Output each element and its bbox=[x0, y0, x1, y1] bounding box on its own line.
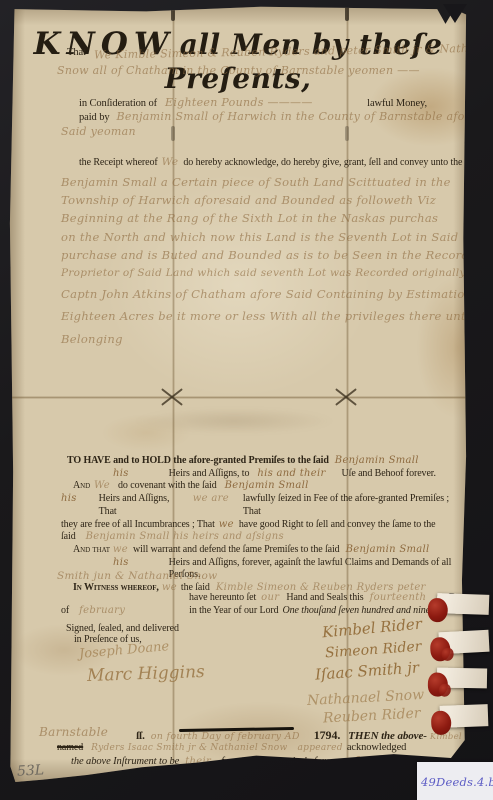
seal-tab bbox=[438, 630, 489, 655]
acknowledgment-line-3: the above Inſtrument to be their free Ac… bbox=[71, 754, 435, 767]
receipt-printed-a: the Receipt whereof bbox=[79, 157, 158, 168]
description-line: Captn John Atkins of Chatham afore Said … bbox=[61, 285, 465, 303]
receipt-line: the Receipt whereof We do hereby acknowl… bbox=[79, 156, 479, 168]
heirs-printed: Heirs and Aſſigns, to bbox=[169, 468, 250, 481]
description-line: Beginning at the Rang of the Sixth Lot i… bbox=[61, 209, 465, 227]
ss-printed: ſſ. bbox=[136, 730, 145, 742]
paid-by-line: paid by Benjamin Small of Harwich in the… bbox=[79, 110, 477, 123]
habendum-line: And We do covenant with the ſaid Benjami… bbox=[61, 480, 465, 493]
we-handwriting: We bbox=[94, 480, 110, 493]
habendum-line: And that we will warrant and defend the … bbox=[61, 544, 465, 557]
brace-glyph: { bbox=[409, 753, 415, 768]
description-line: on the North and which now this Land is … bbox=[61, 228, 465, 246]
our-handwriting: our bbox=[261, 592, 279, 605]
covenant-printed: do covenant with the ſaid bbox=[118, 480, 217, 493]
opening-line-1: That We Kimble Simeon & Reuben Ryders an… bbox=[67, 45, 493, 58]
grantor-signature: Simeon Rider bbox=[325, 639, 422, 662]
acknowledged-printed: acknowledged bbox=[347, 742, 406, 753]
crease-mark bbox=[345, 126, 349, 141]
grantee-handwriting: Benjamin Small bbox=[335, 455, 419, 468]
grantor-signature: Iſaac Smith jr bbox=[314, 658, 419, 683]
habendum-line: his Heirs and Aſſigns, That we are lawfu… bbox=[61, 493, 465, 518]
grantee-handwriting: Benjamin Small bbox=[225, 480, 309, 493]
instrument-printed: the above Inſtrument to be bbox=[71, 756, 179, 767]
and-that-printed: And that bbox=[73, 544, 110, 557]
crease-mark bbox=[171, 6, 175, 21]
receipt-printed-b: do hereby acknowledge, do hereby give, g… bbox=[183, 157, 479, 168]
ink-bleedthrough bbox=[89, 402, 379, 440]
grantee-handwriting: Benjamin Small bbox=[346, 544, 430, 557]
receipt-we: We bbox=[162, 156, 179, 168]
grantors-handwriting-2: Snow all of Chatham in the County of Bar… bbox=[57, 64, 420, 77]
description-line: purchase and is Buted and Bounded as is … bbox=[61, 246, 465, 264]
consideration-line: in Conſideration of Eighteen Pounds ————… bbox=[79, 96, 427, 109]
seal-tab bbox=[437, 668, 487, 689]
lawful-money-label: lawful Money, bbox=[367, 98, 427, 109]
we-handwriting: we bbox=[113, 544, 128, 557]
seal-tab bbox=[437, 593, 490, 615]
hand-seals-line: have hereunto ſet our Hand and Seals thi… bbox=[61, 592, 465, 605]
payer-handwriting-2: Said yeoman bbox=[61, 125, 136, 138]
crease-mark bbox=[345, 6, 349, 21]
their-handwriting: their bbox=[185, 756, 211, 767]
witness-signature: Marc Higgins bbox=[87, 662, 205, 686]
we-are-handwriting: we are bbox=[193, 493, 229, 506]
hand-seals-printed: Hand and Seals this bbox=[286, 592, 363, 605]
use-behoof-printed: Uſe and Behoof forever. bbox=[342, 468, 436, 481]
of-printed: of bbox=[61, 605, 69, 618]
paper-tear-notch bbox=[443, 4, 467, 23]
his-handwriting: his bbox=[113, 557, 129, 570]
deed-paper: KNOW all Men by theſe Preſents, That We … bbox=[9, 6, 467, 782]
we-handwriting: we bbox=[219, 519, 234, 532]
property-description-block: Benjamin Small a Certain piece of South … bbox=[61, 173, 465, 348]
ack-year-printed: 1794. bbox=[314, 728, 341, 743]
habendum-line: ſaid Benjamin Small his heirs and aſsign… bbox=[61, 531, 465, 544]
ack-date-handwriting: on fourth Day of february AD bbox=[151, 731, 300, 742]
habendum-line: they are free of all Incumbrances ; That… bbox=[61, 519, 465, 532]
day-number-handwriting: fourteenth bbox=[370, 592, 427, 605]
paid-by-label: paid by bbox=[79, 112, 110, 123]
attestation-line-1: Signed, ſealed, and delivered bbox=[66, 623, 179, 634]
hereunto-printed: have hereunto ſet bbox=[189, 592, 256, 605]
his-handwriting: his bbox=[113, 468, 129, 481]
acknowledgment-line-2: named Ryders Isaac Smith jr & Nathaniel … bbox=[57, 742, 406, 753]
month-handwriting: february bbox=[79, 605, 171, 618]
description-line: Proprietor of Said Land which said seven… bbox=[61, 264, 465, 282]
in-consideration-label: in Conſideration of bbox=[79, 98, 157, 109]
good-right-printed: have good Right to ſell and convey the ſ… bbox=[239, 519, 436, 532]
year-of-lord-printed: in the Year of our Lord bbox=[189, 605, 278, 618]
free-act-printed: free Act and Deed—before me, bbox=[221, 756, 347, 767]
said-printed: ſaid bbox=[61, 531, 76, 544]
incumbrances-printed: they are free of all Incumbrances ; That bbox=[61, 519, 215, 532]
fold-crease-horizontal bbox=[9, 396, 467, 399]
grantee-heirs-handwriting: Benjamin Small his heirs and aſsigns bbox=[86, 531, 284, 544]
acknowledgment-line-1: Barnstable ſſ. on fourth Day of february… bbox=[39, 728, 493, 743]
scanned-deed-photo: KNOW all Men by theſe Preſents, That We … bbox=[0, 0, 493, 800]
habendum-line: his Heirs and Aſſigns, to his and their … bbox=[61, 468, 465, 481]
appeared-handwriting: appeared bbox=[297, 743, 342, 753]
grantor-signature: Reuben Rider bbox=[323, 705, 421, 726]
crease-mark bbox=[171, 126, 175, 141]
archive-label-text: 49Deeds.4.b.1794.] bbox=[421, 775, 493, 789]
to-have-printed: TO HAVE and to HOLD the afore-granted Pr… bbox=[67, 455, 329, 468]
that-label: That bbox=[67, 47, 86, 58]
title-rest: all Men by theſe Preſents, bbox=[165, 28, 443, 95]
ack-grantors-handwriting-2: Ryders Isaac Smith jr & Nathaniel Snow bbox=[91, 743, 287, 753]
then-printed: THEN the above- bbox=[348, 730, 427, 742]
and-printed: And bbox=[73, 480, 90, 493]
document-title: KNOW all Men by theſe Preſents, bbox=[9, 26, 467, 95]
description-line: Eighteen Acres be it more or less With a… bbox=[61, 307, 465, 325]
named-struck-printed: named bbox=[57, 742, 83, 753]
heirs-that-printed: Heirs and Aſſigns, That bbox=[99, 493, 188, 518]
description-line: Benjamin Small a Certain piece of South … bbox=[61, 173, 465, 191]
grantors-names-handwriting-2: Smith jun & Nathaniel Snow bbox=[57, 570, 217, 582]
archive-label: 49Deeds.4.b.1794.] bbox=[417, 762, 493, 800]
county-handwriting: Barnstable bbox=[39, 725, 108, 739]
seized-printed: lawfully ſeized in Fee of the afore-gran… bbox=[243, 493, 465, 518]
seal-tab bbox=[440, 704, 489, 728]
his-their-handwriting: his and their bbox=[257, 468, 325, 481]
description-line: Belonging bbox=[61, 330, 465, 348]
pencil-catalog-number: 53L bbox=[17, 762, 45, 779]
consideration-amount: Eighteen Pounds ———— bbox=[165, 96, 313, 109]
warrant-printed: will warrant and defend the ſame Premiſe… bbox=[133, 544, 340, 557]
his-handwriting: his bbox=[61, 493, 77, 506]
habendum-line: TO HAVE and to HOLD the afore-granted Pr… bbox=[61, 455, 465, 468]
grantor-signature: Kimbel Rider bbox=[321, 615, 422, 642]
payer-handwriting: Benjamin Small of Harwich in the County … bbox=[117, 110, 478, 123]
description-line: Township of Harwich aforesaid and Bounde… bbox=[61, 191, 465, 209]
